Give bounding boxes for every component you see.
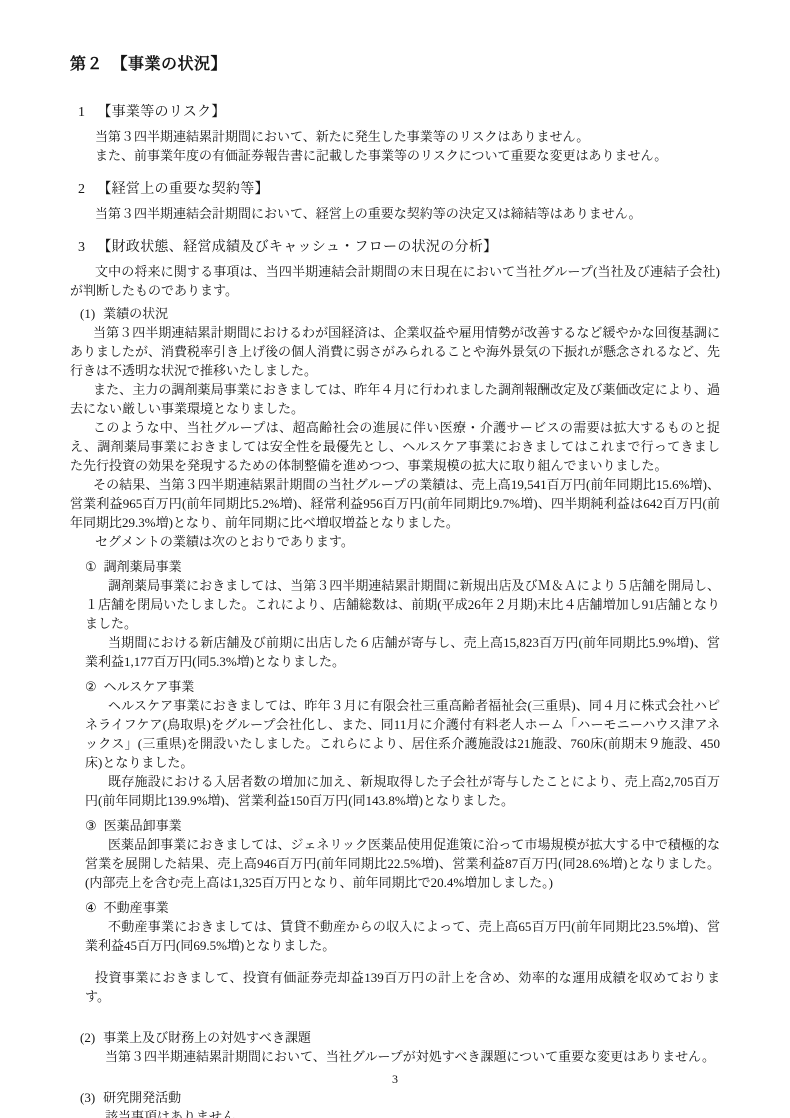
- paragraph: 不動産事業におきましては、賃貸不動産からの収入によって、売上高65百万円(前年同…: [85, 917, 720, 955]
- segment-pharmaceutical-wholesale-heading: ③医薬品卸事業: [85, 816, 720, 835]
- paragraph: 当第３四半期連結会計期間において、経営上の重要な契約等の決定又は締結等はありませ…: [95, 204, 720, 223]
- subsection-label: (2): [80, 1028, 95, 1047]
- section-heading-text: 【経営上の重要な契約等】: [97, 182, 269, 197]
- section-business-risks-heading: 1【事業等のリスク】: [78, 103, 720, 123]
- segment-title: 調剤薬局事業: [104, 559, 182, 574]
- segment-title: ヘルスケア事業: [104, 679, 195, 694]
- paragraph: 既存施設における入居者数の増加に加え、新規取得した子会社が寄与したことにより、売…: [85, 772, 720, 810]
- paragraph-pharmacy-environment: また、主力の調剤薬局事業におきましては、昨年４月に行われました調剤報酬改定及び薬…: [70, 380, 720, 418]
- circled-number-3: ③: [85, 816, 97, 835]
- subsection-label: (1): [80, 304, 95, 323]
- segment-pharmacy-heading: ①調剤薬局事業: [85, 557, 720, 576]
- paragraph: 該当事項はありません。: [105, 1107, 720, 1118]
- circled-number-2: ②: [85, 677, 97, 696]
- segment-real-estate: ④不動産事業 不動産事業におきましては、賃貸不動産からの収入によって、売上高65…: [70, 898, 720, 955]
- section-number: 3: [78, 238, 85, 258]
- paragraph: 調剤薬局事業におきましては、当第３四半期連結累計期間に新規出店及びＭ＆Ａにより５…: [85, 576, 720, 633]
- subsection-rd-body: 該当事項はありません。: [70, 1107, 720, 1118]
- section-financial-analysis-heading: 3【財政状態、経営成績及びキャッシュ・フローの状況の分析】: [78, 238, 720, 258]
- paragraph-segment-lead: セグメントの業績は次のとおりであります。: [95, 532, 720, 551]
- page-number: 3: [0, 1072, 790, 1086]
- paragraph: 当第３四半期連結累計期間において、新たに発生した事業等のリスクはありません。: [95, 127, 720, 146]
- paragraph: 医薬品卸事業におきましては、ジェネリック医薬品使用促進策に沿って市場規模が拡大す…: [85, 835, 720, 892]
- section-number: 1: [78, 103, 85, 123]
- subsection-title: 業績の状況: [103, 306, 168, 321]
- paragraph: 当期間における新店舗及び前期に出店した６店舗が寄与し、売上高15,823百万円(…: [85, 633, 720, 671]
- segment-healthcare-heading: ②ヘルスケア事業: [85, 677, 720, 696]
- section-heading-text: 【事業等のリスク】: [97, 105, 225, 120]
- segment-pharmacy-body: 調剤薬局事業におきましては、当第３四半期連結累計期間に新規出店及びＭ＆Ａにより５…: [70, 576, 720, 671]
- section-business-risks: 1【事業等のリスク】 当第３四半期連結累計期間において、新たに発生した事業等のリ…: [70, 103, 720, 165]
- page-title: 第２ 【事業の状況】: [70, 54, 720, 76]
- subsection-research-development: (3)研究開発活動 該当事項はありません。: [70, 1088, 720, 1118]
- segment-healthcare-body: ヘルスケア事業におきましては、昨年３月に有限会社三重高齢者福祉会(三重県)、同４…: [70, 696, 720, 810]
- section-heading-text: 【財政状態、経営成績及びキャッシュ・フローの状況の分析】: [97, 240, 497, 255]
- subsection-issues-body: 当第３四半期連結累計期間において、当社グループが対処すべき課題について重要な変更…: [70, 1047, 720, 1066]
- circled-number-4: ④: [85, 898, 97, 917]
- subsection-issues-heading: (2)事業上及び財務上の対処すべき課題: [80, 1028, 720, 1047]
- subsection-title: 事業上及び財務上の対処すべき課題: [103, 1030, 311, 1045]
- paragraph: 当第３四半期連結累計期間において、当社グループが対処すべき課題について重要な変更…: [105, 1047, 720, 1066]
- segment-real-estate-body: 不動産事業におきましては、賃貸不動産からの収入によって、売上高65百万円(前年同…: [70, 917, 720, 955]
- subsection-issues-to-address: (2)事業上及び財務上の対処すべき課題 当第３四半期連結累計期間において、当社グ…: [70, 1028, 720, 1066]
- paragraph-group-strategy: このような中、当社グループは、超高齢社会の進展に伴い医療・介護サービスの需要は拡…: [70, 418, 720, 475]
- segment-title: 医薬品卸事業: [104, 818, 182, 833]
- subsection-rd-heading: (3)研究開発活動: [80, 1088, 720, 1107]
- segment-pharmacy: ①調剤薬局事業 調剤薬局事業におきましては、当第３四半期連結累計期間に新規出店及…: [70, 557, 720, 671]
- section-material-contracts-body: 当第３四半期連結会計期間において、経営上の重要な契約等の決定又は締結等はありませ…: [70, 204, 720, 223]
- paragraph: また、前事業年度の有価証券報告書に記載した事業等のリスクについて重要な変更はあり…: [95, 146, 720, 165]
- segment-pharmaceutical-wholesale: ③医薬品卸事業 医薬品卸事業におきましては、ジェネリック医薬品使用促進策に沿って…: [70, 816, 720, 892]
- section-material-contracts-heading: 2【経営上の重要な契約等】: [78, 180, 720, 200]
- segment-healthcare: ②ヘルスケア事業 ヘルスケア事業におきましては、昨年３月に有限会社三重高齢者福祉…: [70, 677, 720, 810]
- subsection-title: 研究開発活動: [103, 1090, 181, 1105]
- paragraph-consolidated-results: その結果、当第３四半期連結累計期間の当社グループの業績は、売上高19,541百万…: [70, 475, 720, 532]
- forward-looking-note: 文中の将来に関する事項は、当四半期連結会計期間の末日現在において当社グループ(当…: [70, 262, 720, 300]
- segment-title: 不動産事業: [104, 900, 169, 915]
- section-business-risks-body: 当第３四半期連結累計期間において、新たに発生した事業等のリスクはありません。 ま…: [70, 127, 720, 165]
- subsection-label: (3): [80, 1088, 95, 1107]
- paragraph-investment-business: 投資事業におきまして、投資有価証券売却益139百万円の計上を含め、効率的な運用成…: [85, 968, 720, 1006]
- segment-real-estate-heading: ④不動産事業: [85, 898, 720, 917]
- paragraph-economy-overview: 当第３四半期連結累計期間におけるわが国経済は、企業収益や雇用情勢が改善するなど緩…: [70, 323, 720, 380]
- circled-number-1: ①: [85, 557, 97, 576]
- document-page: 第２ 【事業の状況】 1【事業等のリスク】 当第３四半期連結累計期間において、新…: [0, 0, 790, 1118]
- subsection-business-results-heading: (1)業績の状況: [80, 304, 720, 323]
- segment-pharmaceutical-wholesale-body: 医薬品卸事業におきましては、ジェネリック医薬品使用促進策に沿って市場規模が拡大す…: [70, 835, 720, 892]
- paragraph: ヘルスケア事業におきましては、昨年３月に有限会社三重高齢者福祉会(三重県)、同４…: [85, 696, 720, 772]
- section-financial-analysis: 3【財政状態、経営成績及びキャッシュ・フローの状況の分析】 文中の将来に関する事…: [70, 238, 720, 1118]
- section-material-contracts: 2【経営上の重要な契約等】 当第３四半期連結会計期間において、経営上の重要な契約…: [70, 180, 720, 223]
- subsection-business-results: (1)業績の状況 当第３四半期連結累計期間におけるわが国経済は、企業収益や雇用情…: [70, 304, 720, 1006]
- section-number: 2: [78, 180, 85, 200]
